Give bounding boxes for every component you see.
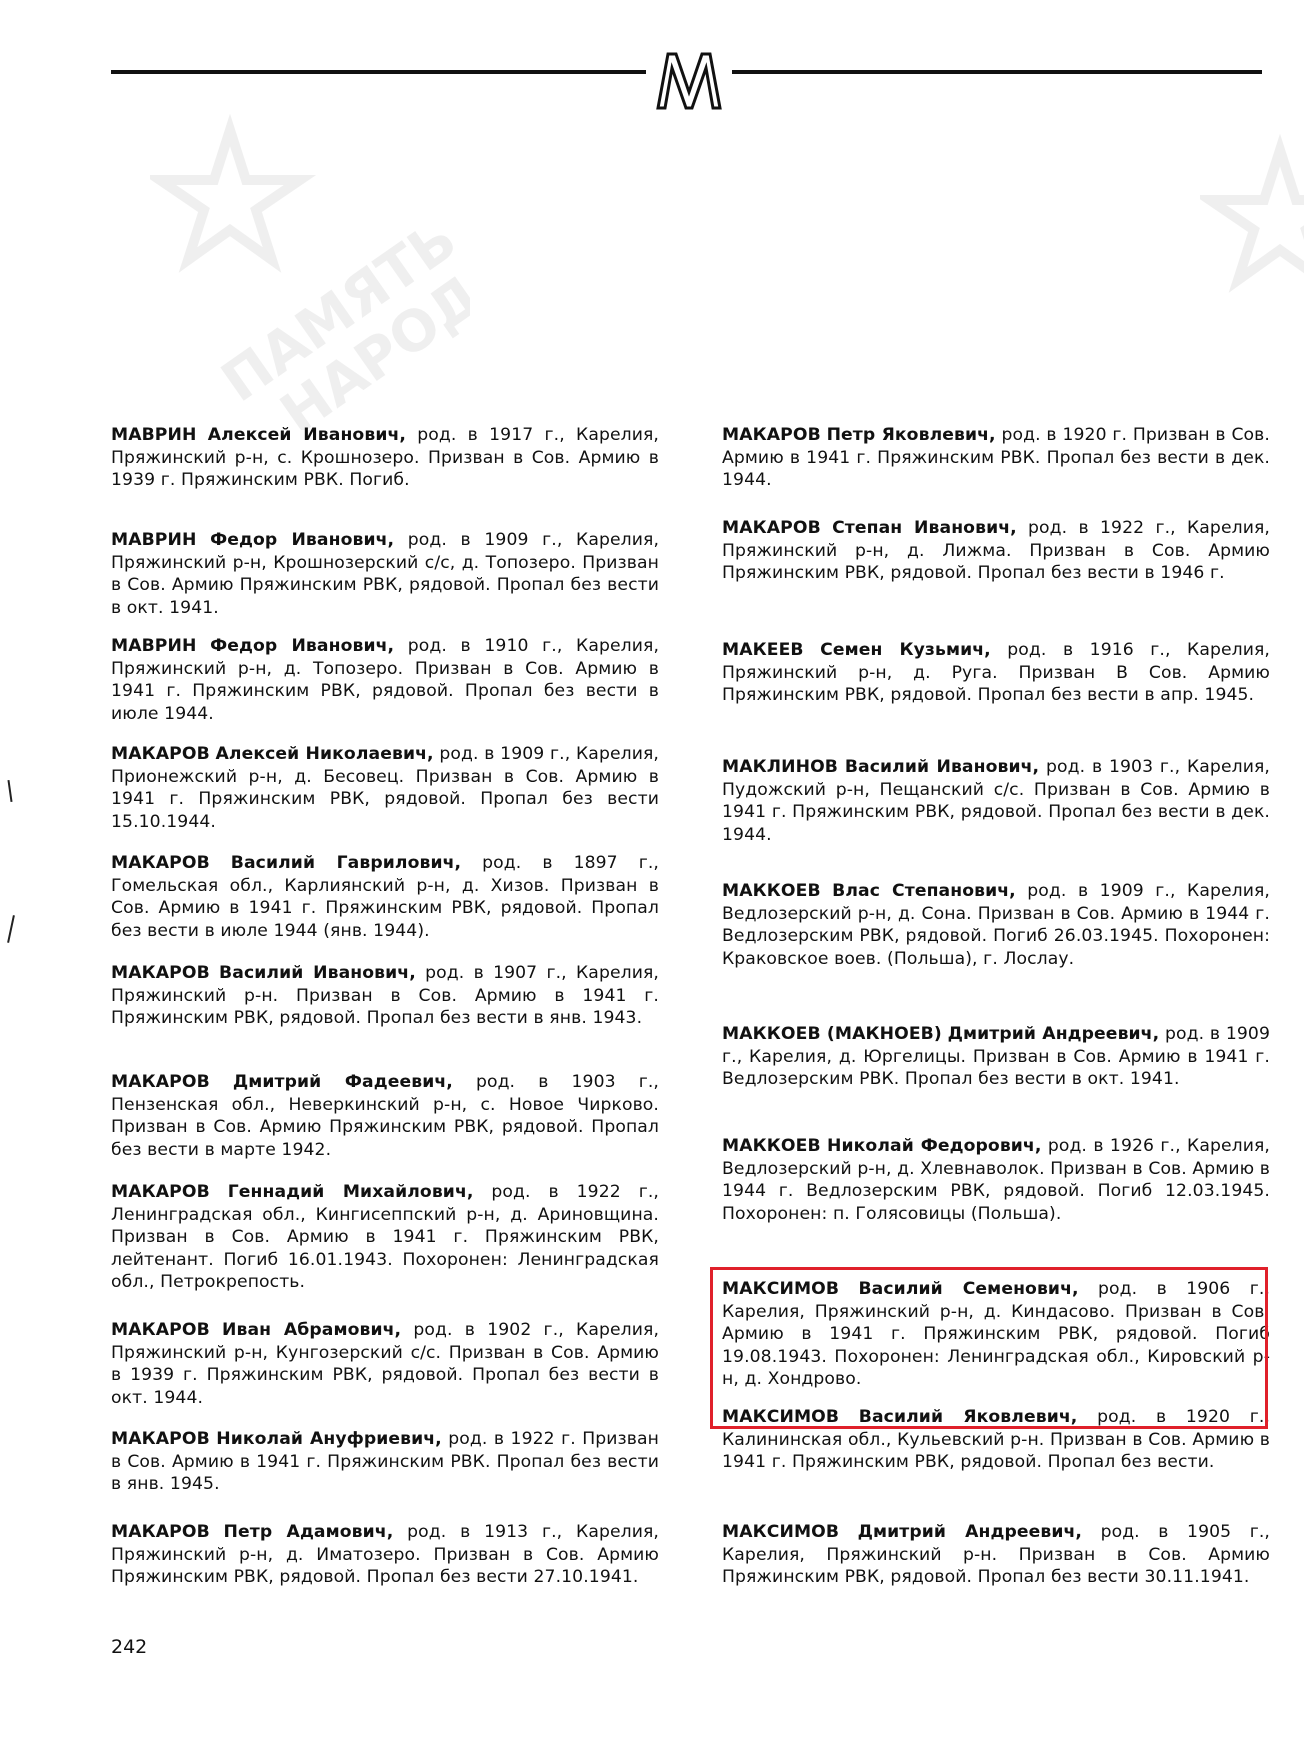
entry: МАККОЕВ Николай Федорович, род. в 1926 г… (722, 1135, 1270, 1225)
entry: МАКАРОВ Дмитрий Фадеевич, род. в 1903 г.… (111, 1071, 659, 1161)
entry-given-name: Алексей Николаевич, (215, 744, 433, 764)
header-rule-right (732, 70, 1262, 74)
entry-surname: МАККОЕВ (722, 1136, 821, 1156)
entry-surname: МАКЕЕВ (722, 640, 804, 660)
entry-surname: МАВРИН (111, 425, 196, 445)
entry-surname: МАККОЕВ (722, 881, 821, 901)
entry-surname: МАВРИН (111, 530, 196, 550)
entry: МАКАРОВ Василий Иванович, род. в 1907 г.… (111, 962, 659, 1030)
margin-mark (7, 780, 12, 802)
entry-surname: МАКАРОВ (111, 1072, 210, 1092)
page-number: 242 (111, 1636, 147, 1658)
entry: МАКЛИНОВ Василий Иванович, род. в 1903 г… (722, 756, 1270, 846)
entry: МАККОЕВ (МАКНОЕВ) Дмитрий Андреевич, род… (722, 1023, 1270, 1091)
margin-mark (7, 915, 15, 943)
entry-given-name: Геннадий Михайлович, (228, 1182, 474, 1202)
entry: МАКАРОВ Петр Адамович, род. в 1913 г., К… (111, 1521, 659, 1589)
entry: МАВРИН Федор Иванович, род. в 1909 г., К… (111, 529, 659, 619)
entry-surname: МАВРИН (111, 636, 196, 656)
entry-given-name: Дмитрий Андреевич, (948, 1024, 1160, 1044)
entry-given-name: Алексей Иванович, (208, 425, 406, 445)
entry-surname: МАКАРОВ (111, 1429, 210, 1449)
entry-given-name: Влас Степанович, (832, 881, 1016, 901)
svg-text:ПАМЯТЬ: ПАМЯТЬ (210, 207, 468, 415)
entry-given-name: Василий Гаврилович, (231, 853, 461, 873)
entry: МАКАРОВ Геннадий Михайлович, род. в 1922… (111, 1181, 659, 1294)
highlight-box (710, 1267, 1268, 1429)
entry: МАВРИН Алексей Иванович, род. в 1917 г.,… (111, 424, 659, 492)
watermark-star-icon: ПАМЯТЬ НАРОДА (150, 110, 470, 430)
entry-given-name: Василий Иванович, (219, 963, 416, 983)
entry: МАКЕЕВ Семен Кузьмич, род. в 1916 г., Ка… (722, 639, 1270, 707)
entry-given-name: Дмитрий Андреевич, (858, 1522, 1082, 1542)
section-letter-m-icon (654, 52, 724, 110)
entry: МАКАРОВ Степан Иванович, род. в 1922 г.,… (722, 517, 1270, 585)
entry-given-name: Николай Ануфриевич, (216, 1429, 442, 1449)
entry-surname: МАКАРОВ (722, 425, 821, 445)
entry-surname: МАКЛИНОВ (722, 757, 838, 777)
entry-surname: МАКАРОВ (111, 853, 210, 873)
entry-given-name: Василий Иванович, (845, 757, 1039, 777)
entry-surname: МАКСИМОВ (722, 1522, 839, 1542)
entry-surname: МАКАРОВ (111, 1182, 210, 1202)
entry-given-name: Петр Адамович, (224, 1522, 394, 1542)
entry-given-name: Петр Яковлевич, (827, 425, 996, 445)
entry: МАВРИН Федор Иванович, род. в 1910 г., К… (111, 635, 659, 725)
entry-given-name: Федор Иванович, (210, 636, 394, 656)
entry: МАКАРОВ Иван Абрамович, род. в 1902 г., … (111, 1319, 659, 1409)
entry-surname: МАККОЕВ (МАКНОЕВ) (722, 1024, 942, 1044)
header-rule-left (111, 70, 646, 74)
watermark-right-icon (1200, 130, 1304, 430)
entry-surname: МАКАРОВ (111, 963, 210, 983)
entry-given-name: Иван Абрамович, (222, 1320, 401, 1340)
entry: МАКАРОВ Николай Ануфриевич, род. в 1922 … (111, 1428, 659, 1496)
svg-text:НАРОДА: НАРОДА (269, 237, 470, 430)
entry-text: род. в 1916 г., Карелия, Пряжинский р-н,… (722, 640, 1270, 705)
entry-given-name: Дмитрий Фадеевич, (233, 1072, 453, 1092)
entry: МАКСИМОВ Дмитрий Андреевич, род. в 1905 … (722, 1521, 1270, 1589)
entry: МАКАРОВ Петр Яковлевич, род. в 1920 г. П… (722, 424, 1270, 492)
entry: МАКАРОВ Василий Гаврилович, род. в 1897 … (111, 852, 659, 942)
entry: МАКАРОВ Алексей Николаевич, род. в 1909 … (111, 743, 659, 833)
entry: МАККОЕВ Влас Степанович, род. в 1909 г.,… (722, 880, 1270, 970)
entry-surname: МАКАРОВ (111, 1320, 210, 1340)
entry-given-name: Николай Федорович, (827, 1136, 1041, 1156)
entry-given-name: Федор Иванович, (210, 530, 394, 550)
entry-given-name: Степан Иванович, (832, 518, 1017, 538)
entry-surname: МАКАРОВ (111, 744, 210, 764)
entry-surname: МАКАРОВ (722, 518, 821, 538)
entry-given-name: Семен Кузьмич, (820, 640, 991, 660)
entry-surname: МАКАРОВ (111, 1522, 210, 1542)
